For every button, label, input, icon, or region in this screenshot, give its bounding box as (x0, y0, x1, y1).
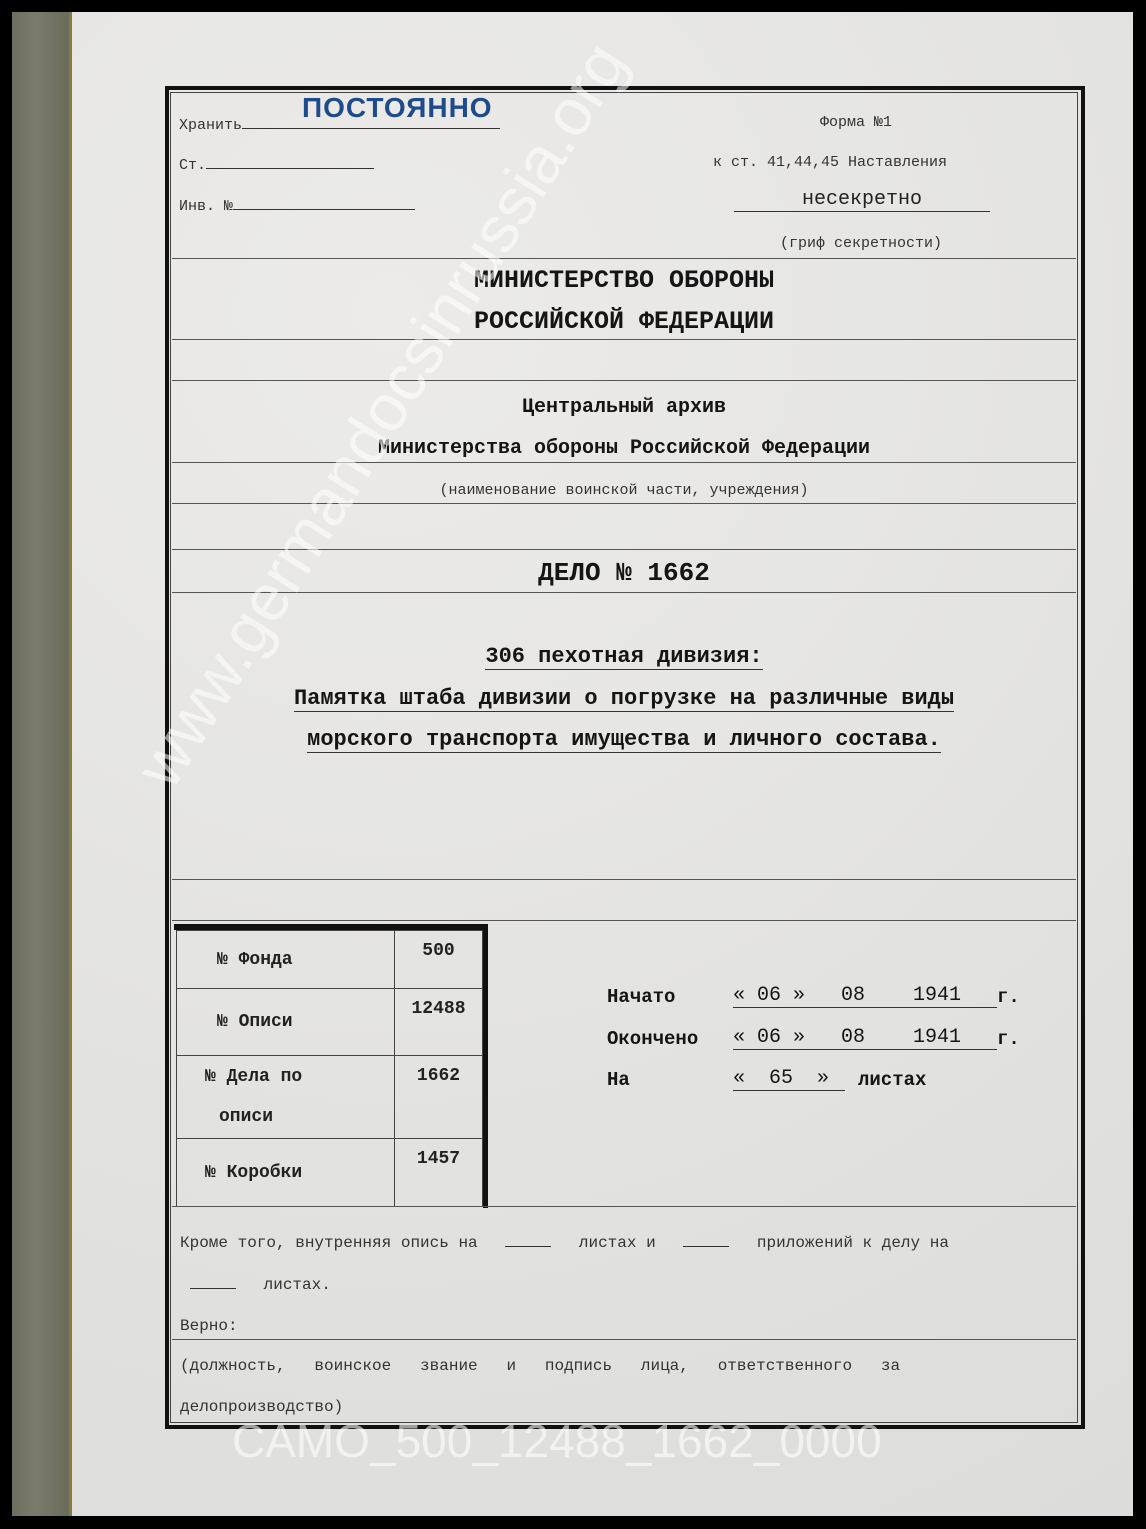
case-subject-line1-wrap: 306 пехотная дивизия: (172, 644, 1076, 670)
articles-reference: к ст. 41,44,45 Наставления (713, 154, 947, 171)
extra-inventory-text: Кроме того, внутренняя опись на листах и… (180, 1234, 949, 1252)
finished-suffix: г. (997, 1028, 1020, 1050)
case-number-label: № Дела по (205, 1057, 393, 1097)
attachment-sheets-blank (190, 1288, 236, 1289)
extra-part3: приложений к делу на (757, 1234, 949, 1252)
file-id-watermark: CAMO_500_12488_1662_0000 (232, 1414, 882, 1468)
article-field: Ст. (179, 157, 374, 174)
institution-line2: Министерства обороны Российской Федераци… (172, 437, 1076, 460)
table-row: № Описи 12488 (177, 989, 483, 1056)
archive-reference-table: № Фонда 500 № Описи 12488 № Дела по опис… (176, 930, 483, 1207)
ministry-line1: МИНИСТЕРСТВО ОБОРОНЫ (172, 266, 1076, 295)
form-number: Форма №1 (820, 114, 892, 131)
finished-label: Окончено (607, 1028, 698, 1050)
divider (172, 339, 1076, 340)
institution-line1: Центральный архив (172, 396, 1076, 419)
inventory-field: Инв. № (179, 198, 415, 215)
ministry-line2: РОССИЙСКОЙ ФЕДЕРАЦИИ (172, 307, 1076, 336)
extra-sheets-line: листах. (190, 1276, 331, 1294)
store-blank (242, 128, 500, 129)
inventory-list-label: № Описи (177, 989, 395, 1056)
case-subject-line1: 306 пехотная дивизия: (485, 644, 762, 670)
table-row: № Фонда 500 (177, 931, 483, 989)
folder-spine (12, 12, 70, 1516)
case-number-label-2: описи (205, 1097, 393, 1137)
case-subject-line3-wrap: морского транспорта имущества и личного … (172, 727, 1076, 753)
permanent-stamp: ПОСТОЯННО (302, 92, 493, 124)
fond-label: № Фонда (177, 931, 395, 989)
table-row: № Дела по описи 1662 (177, 1056, 483, 1139)
divider (172, 879, 1076, 880)
extra-part4: листах. (264, 1276, 331, 1294)
store-label: Хранить (179, 117, 242, 134)
divider (172, 380, 1076, 381)
box-number-label: № Коробки (177, 1139, 395, 1207)
attachments-blank (683, 1246, 729, 1247)
divider (172, 1206, 1076, 1207)
divider (172, 258, 1076, 259)
divider (172, 920, 1076, 921)
inventory-blank (233, 209, 415, 210)
case-subject-line2-wrap: Памятка штаба дивизии о погрузке на разл… (172, 686, 1076, 712)
responsible-caption-line1: (должность, воинское звание и подпись ли… (180, 1357, 900, 1375)
correct-label: Верно: (180, 1317, 238, 1335)
divider (172, 1339, 1076, 1340)
sheets-label: На (607, 1069, 630, 1091)
sheets-suffix: листах (858, 1069, 926, 1091)
extra-part2: листах и (579, 1234, 656, 1252)
started-suffix: г. (997, 986, 1020, 1008)
case-number-value: 1662 (395, 1056, 483, 1139)
box-number-value: 1457 (395, 1139, 483, 1207)
classification-caption: (гриф секретности) (780, 235, 942, 252)
article-blank (206, 168, 374, 169)
started-label: Начато (607, 986, 675, 1008)
table-row: № Коробки 1457 (177, 1139, 483, 1207)
sheets-value: « 65 » (733, 1067, 845, 1091)
case-subject-line2: Памятка штаба дивизии о погрузке на разл… (294, 686, 954, 712)
finished-value: « 06 » 08 1941 (733, 1026, 997, 1050)
case-subject-line3: морского транспорта имущества и личного … (307, 727, 941, 753)
fond-value: 500 (395, 931, 483, 989)
article-label: Ст. (179, 157, 206, 174)
inventory-list-value: 12488 (395, 989, 483, 1056)
extra-part1: Кроме того, внутренняя опись на (180, 1234, 478, 1252)
extra-sheets-blank (505, 1246, 551, 1247)
case-number-label-cell: № Дела по описи (177, 1056, 395, 1139)
inventory-label: Инв. № (179, 198, 233, 215)
classification-value: несекретно (734, 188, 990, 212)
started-value: « 06 » 08 1941 (733, 984, 997, 1008)
